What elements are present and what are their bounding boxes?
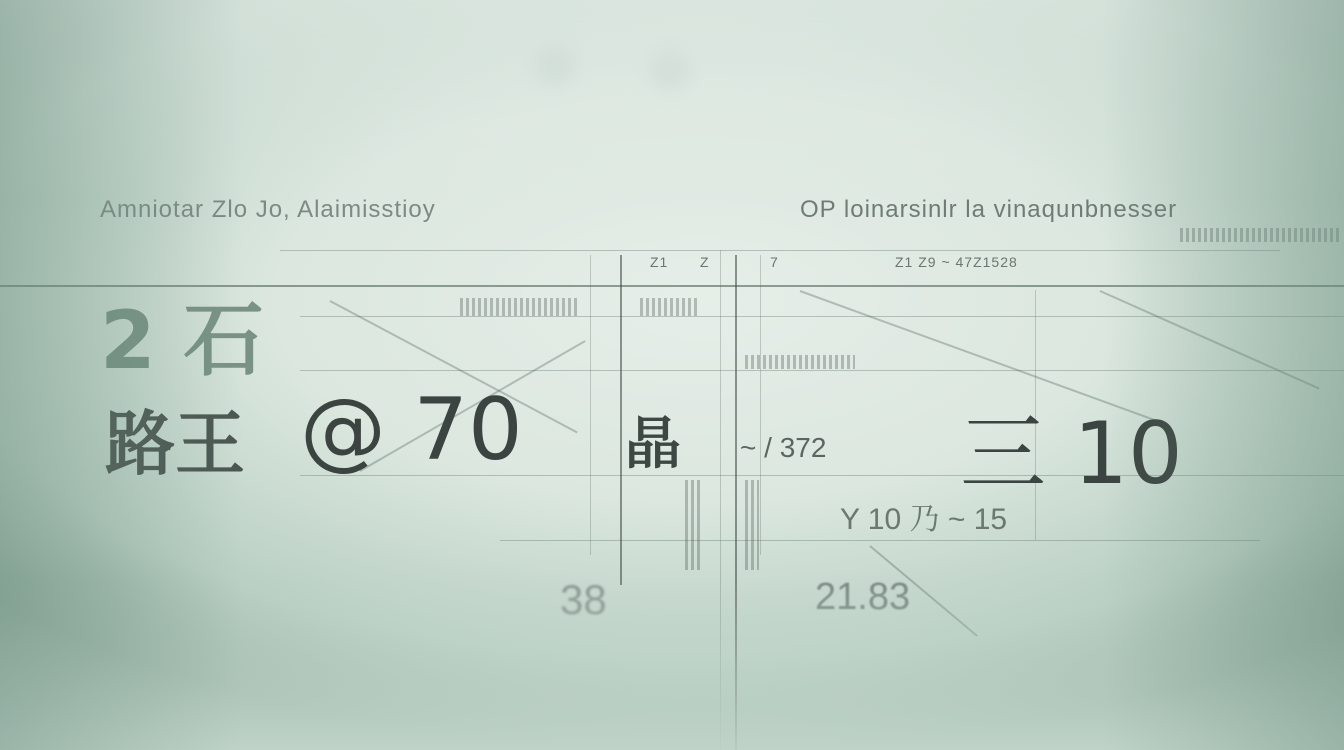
column-label: Z [700, 254, 710, 270]
tiny-text-block [745, 355, 855, 369]
heading-left: Amniotar Zlo Jo, Alaimisstioy [100, 196, 436, 224]
grid-line-vertical [590, 255, 591, 555]
tiny-text-block [640, 298, 700, 316]
tiny-text-block [460, 298, 580, 316]
grid-line [300, 370, 1344, 371]
grid-line [280, 250, 1280, 251]
haze-overlay-bottom [0, 580, 1344, 750]
abstract-document-scene: Amniotar Zlo Jo, Alaimisstioy OP loinars… [0, 0, 1344, 750]
tiny-text-block [1180, 228, 1340, 242]
fraction-text: ~ / 372 [740, 432, 826, 464]
row-text: Y 10 乃 ~ 15 [840, 494, 1007, 538]
large-glyph-right: 三 10 [960, 384, 1183, 508]
center-mark: 晶 [625, 400, 681, 480]
tiny-text-block [745, 480, 759, 570]
heading-right: OP loinarsinlr la vinaqunbnesser [800, 196, 1177, 224]
large-glyph-bottom-left: 路王 [105, 388, 245, 489]
grid-line-vertical [760, 255, 761, 555]
large-glyph-center: @ 70 [300, 380, 523, 480]
grid-line [500, 540, 1260, 541]
grid-line [300, 316, 1344, 317]
large-glyph-top-left: 2 石 [100, 276, 264, 391]
grid-line-vertical [620, 255, 622, 585]
sketch-stroke [1100, 290, 1320, 389]
column-label: Z1 Z9 ~ 47Z1528 [895, 254, 1018, 270]
column-label: 7 [770, 254, 779, 270]
tiny-text-block [685, 480, 703, 570]
column-label: Z1 [650, 254, 668, 270]
haze-overlay-top [0, 0, 1344, 200]
